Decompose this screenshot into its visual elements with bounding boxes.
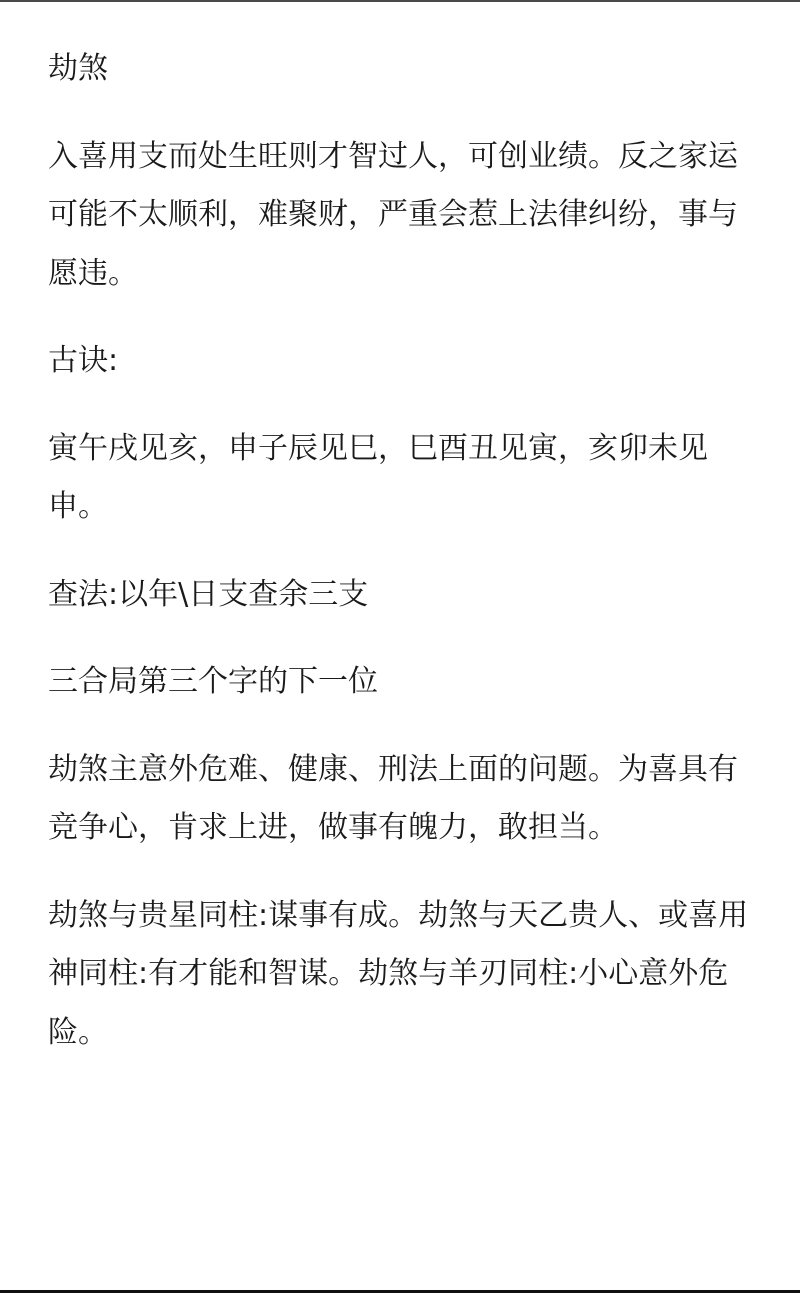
paragraph-ancient-formula-label: 古诀: xyxy=(48,332,758,391)
paragraph-lookup-method: 查法:以年\日支查余三支 xyxy=(48,566,758,625)
paragraph-ancient-formula: 寅午戌见亥，申子辰见巳，巳酉丑见寅，亥卯未见申。 xyxy=(48,420,758,537)
top-border xyxy=(0,0,800,2)
article-body: 劫煞 入喜用支而处生旺则才智过人，可创业绩。反之家运可能不太顺利，难聚财，严重会… xyxy=(48,40,758,1091)
paragraph-meaning: 劫煞主意外危难、健康、刑法上面的问题。为喜具有竞争心，肯求上进，做事有魄力，敢担… xyxy=(48,741,758,858)
article-title: 劫煞 xyxy=(48,40,758,99)
paragraph-combinations: 劫煞与贵星同柱:谋事有成。劫煞与天乙贵人、或喜用神同柱:有才能和智谋。劫煞与羊刃… xyxy=(48,887,758,1063)
paragraph-description: 入喜用支而处生旺则才智过人，可创业绩。反之家运可能不太顺利，难聚财，严重会惹上法… xyxy=(48,128,758,304)
paragraph-lookup-rule: 三合局第三个字的下一位 xyxy=(48,653,758,712)
